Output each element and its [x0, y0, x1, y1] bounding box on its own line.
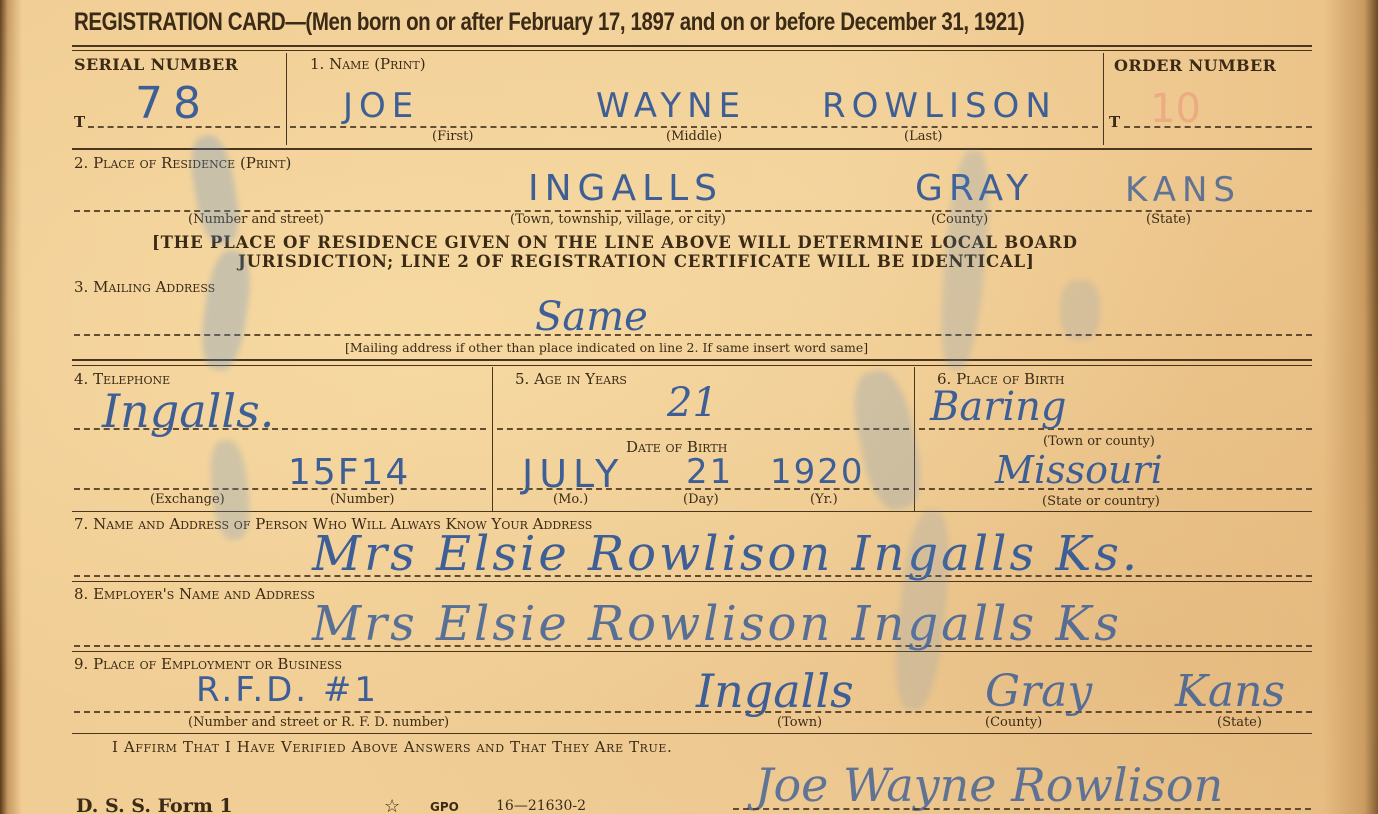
- employment-town-caption: (Town): [777, 715, 822, 730]
- name-first-value: JOE: [343, 86, 419, 126]
- residence-notice-line2: JURISDICTION; LINE 2 OF REGISTRATION CER…: [238, 253, 1035, 271]
- employment-state-value: Kans: [1175, 666, 1285, 717]
- birth-state-value: Missouri: [995, 448, 1163, 492]
- residence-label: 2. Place of Residence (Print): [74, 154, 291, 172]
- order-number-prefix: T: [1109, 113, 1121, 131]
- dob-year-caption: (Yr.): [810, 492, 838, 507]
- name-line: [290, 126, 1098, 128]
- birth-state-caption: (State or country): [1042, 494, 1160, 509]
- dob-day-value: 21: [686, 452, 733, 492]
- serial-number-prefix: T: [74, 113, 86, 131]
- title-rule-bottom: [72, 50, 1312, 51]
- registrant-signature: Joe Wayne Rowlison: [755, 758, 1223, 812]
- order-number-label: ORDER NUMBER: [1114, 56, 1276, 75]
- birth-town-value: Baring: [930, 384, 1067, 430]
- pencil-mark-right-blot: [1060, 280, 1100, 340]
- employment-state-caption: (State): [1217, 715, 1262, 730]
- residence-town-value: INGALLS: [528, 168, 723, 209]
- mailing-address-label: 3. Mailing Address: [74, 278, 215, 296]
- employer-label: 8. Employer's Name and Address: [74, 585, 315, 603]
- serial-number-label: SERIAL NUMBER: [74, 55, 238, 74]
- row7-rule: [72, 581, 1312, 582]
- employment-street-value: R.F.D. #1: [196, 670, 379, 710]
- name-last-caption: (Last): [904, 129, 942, 144]
- row3-rule-top: [72, 359, 1312, 361]
- title-rule-top: [72, 45, 1312, 47]
- telephone-exchange-value: Ingalls.: [102, 384, 274, 438]
- row9-rule: [72, 733, 1312, 734]
- residence-state-caption: (State): [1146, 212, 1191, 227]
- age-label: 5. Age in Years: [515, 370, 627, 388]
- telephone-divider: [492, 367, 493, 511]
- birth-town-caption: (Town or county): [1043, 434, 1155, 449]
- pencil-mark-left-middle: [197, 248, 255, 373]
- row4-rule: [72, 511, 1312, 512]
- residence-state-value: KANS: [1125, 170, 1241, 210]
- mailing-address-caption: [Mailing address if other than place ind…: [345, 340, 868, 355]
- serial-divider: [286, 53, 287, 145]
- employment-county-value: Gray: [985, 666, 1092, 717]
- card-title: REGISTRATION CARD—(Men born on or after …: [74, 8, 1024, 37]
- dob-year-value: 1920: [770, 452, 865, 492]
- age-value: 21: [667, 380, 718, 426]
- employment-place-line: [74, 711, 1312, 713]
- name-last-value: ROWLISON: [822, 86, 1057, 126]
- affirmation-text: I Affirm That I Have Verified Above Answ…: [112, 738, 672, 756]
- star-icon: ☆: [384, 796, 400, 814]
- mailing-address-value: Same: [535, 294, 648, 340]
- residence-town-caption: (Town, township, village, or city): [510, 212, 726, 227]
- employer-value: Mrs Elsie Rowlison Ingalls Ks: [312, 596, 1122, 652]
- age-line: [497, 428, 909, 430]
- name-middle-value: WAYNE: [596, 86, 746, 126]
- form-number: D. S. S. Form 1: [76, 795, 233, 814]
- employment-town-value: Ingalls: [696, 664, 854, 718]
- order-number-value: 10: [1150, 86, 1201, 132]
- name-label: 1. Name (Print): [310, 55, 426, 73]
- telephone-number-caption: (Number): [330, 492, 394, 507]
- row3-rule-bottom: [72, 365, 1312, 366]
- print-code: 16—21630-2: [496, 798, 586, 814]
- dob-month-value: JULY: [522, 452, 624, 496]
- order-divider: [1103, 53, 1104, 145]
- name-first-caption: (First): [432, 129, 473, 144]
- serial-number-value: 78: [135, 78, 211, 129]
- contact-person-value: Mrs Elsie Rowlison Ingalls Ks.: [312, 526, 1140, 582]
- employment-street-caption: (Number and street or R. F. D. number): [188, 715, 449, 730]
- row8-rule: [72, 651, 1312, 652]
- residence-notice-line1: [THE PLACE OF RESIDENCE GIVEN ON THE LIN…: [152, 234, 1078, 252]
- signature-line: [733, 808, 1311, 810]
- dob-day-caption: (Day): [683, 492, 719, 507]
- telephone-number-line: [74, 488, 486, 490]
- name-middle-caption: (Middle): [666, 129, 722, 144]
- telephone-number-value: 15F14: [288, 452, 410, 493]
- dob-month-caption: (Mo.): [553, 492, 588, 507]
- employment-county-caption: (County): [985, 715, 1042, 730]
- row1-rule: [72, 148, 1312, 150]
- gpo-mark: GPO: [430, 800, 459, 814]
- mailing-address-line: [74, 334, 1312, 336]
